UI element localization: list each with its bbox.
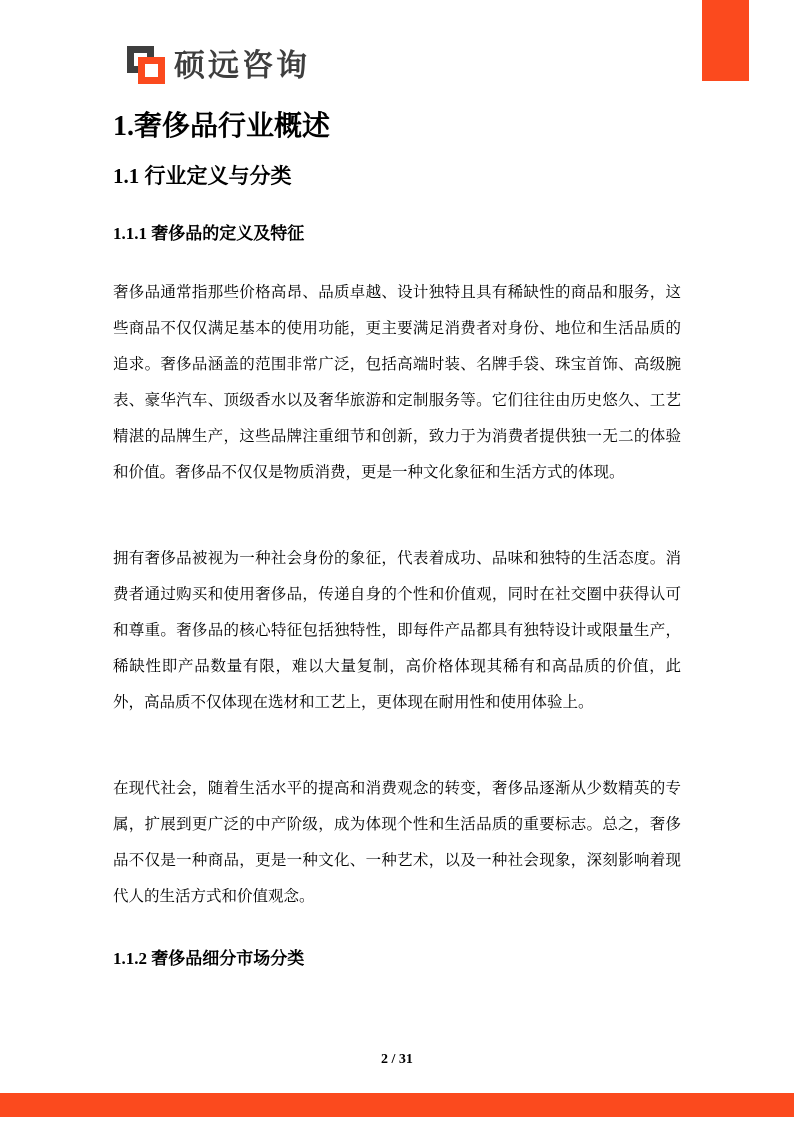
subsubsection-title-definition: 1.1.1 奢侈品的定义及特征 [113,219,681,244]
subsubsection-title-segments: 1.1.2 奢侈品细分市场分类 [113,944,681,969]
page-number: 2 / 31 [0,1052,794,1068]
section-title: 1.奢侈品行业概述 [113,104,681,144]
brand-logo-icon [127,46,165,84]
corner-accent-block [702,0,749,81]
brand-logo: 硕远咨询 [127,46,310,84]
paragraph-characteristics: 拥有奢侈品被视为一种社会身份的象征，代表着成功、品味和独特的生活态度。消费者通过… [113,541,681,721]
brand-logo-text: 硕远咨询 [174,50,310,81]
paragraph-modern-society: 在现代社会，随着生活水平的提高和消费观念的转变，奢侈品逐渐从少数精英的专属，扩展… [113,771,681,915]
subsection-title: 1.1 行业定义与分类 [113,160,681,190]
paragraph-definition: 奢侈品通常指那些价格高昂、品质卓越、设计独特且具有稀缺性的商品和服务，这些商品不… [113,275,681,491]
document-page: 硕远咨询 1.奢侈品行业概述 1.1 行业定义与分类 1.1.1 奢侈品的定义及… [0,0,794,1123]
bottom-accent-bar [0,1093,794,1117]
